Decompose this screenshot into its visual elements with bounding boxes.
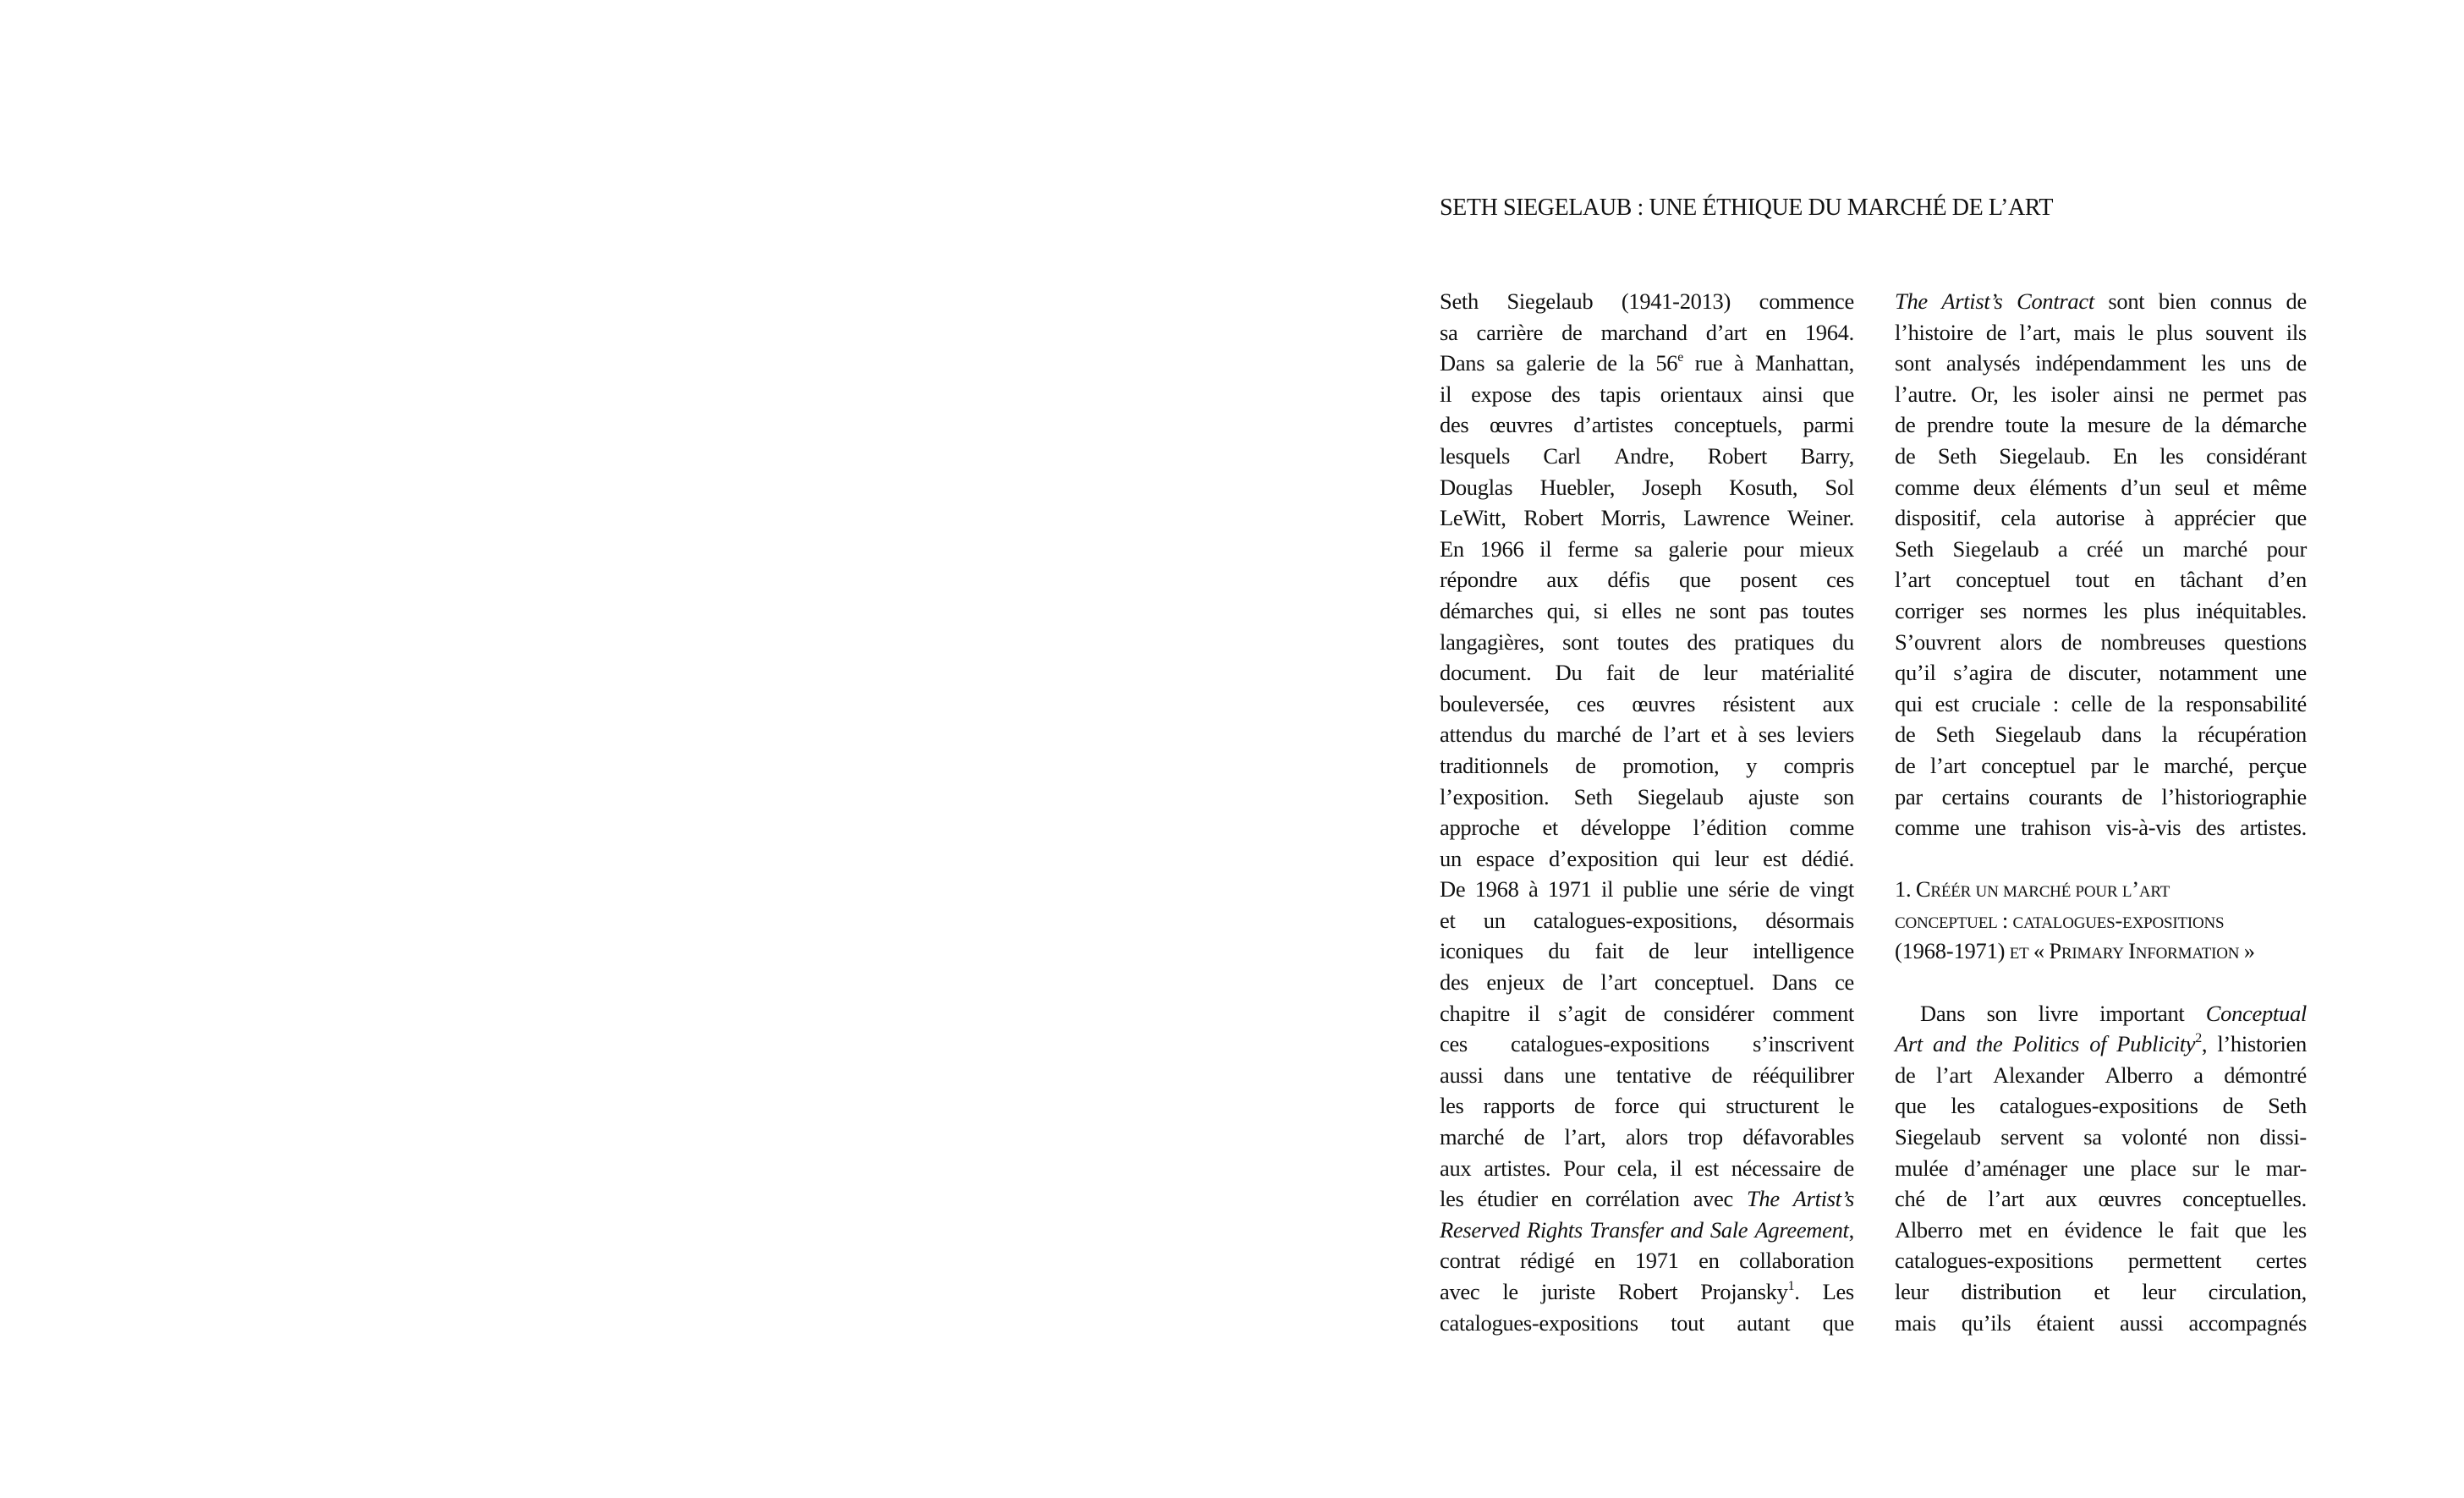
text-line: desœuvresd’artistesconceptuels,parmi <box>1440 409 1854 441</box>
word: toute <box>2006 412 2050 437</box>
word: les <box>2282 1215 2307 1246</box>
word: nombreuses <box>2101 627 2206 658</box>
word: l’art, <box>1564 1122 1605 1153</box>
word: l’édition <box>1693 815 1767 840</box>
word: qu’il <box>1895 657 1936 689</box>
word: espace <box>1476 846 1534 871</box>
word: structurent <box>1726 1090 1819 1122</box>
text-line: quiestcruciale:celledelaresponsabilité <box>1895 689 2307 720</box>
word: de <box>1834 1155 1854 1181</box>
word: uns <box>2241 350 2271 376</box>
word: et <box>1440 908 1456 933</box>
word: distribution <box>1961 1279 2061 1304</box>
word: aux <box>1823 691 1854 716</box>
word: à <box>1737 722 1747 747</box>
word: marché <box>1440 1124 1504 1150</box>
word: catalogues-expositions, <box>1534 905 1737 936</box>
word: dispositif, <box>1895 505 1981 530</box>
word: Seth <box>2268 1090 2307 1122</box>
word: sa <box>2083 1124 2101 1150</box>
word: avec <box>1440 1279 1479 1304</box>
word: sont <box>1709 598 1746 623</box>
word: accompagnés <box>2189 1310 2307 1336</box>
word: considérer <box>1664 1001 1754 1026</box>
text-line: l’exposition.SethSiegelaubajusteson <box>1440 782 1854 813</box>
word: défis <box>1607 567 1649 592</box>
word: de <box>1895 722 1915 747</box>
word: l’édition <box>1693 812 1767 843</box>
text-line: catalogues-expositionspermettentcertes <box>1895 1245 2307 1276</box>
word: du <box>1523 722 1545 747</box>
word: de <box>1895 753 1915 778</box>
word: Transfer <box>1589 1215 1663 1246</box>
word: conceptuel <box>1956 567 2050 592</box>
word: par <box>2091 753 2119 778</box>
word: la <box>2158 691 2174 716</box>
word: carrière <box>1477 320 1544 345</box>
word: Sol <box>1825 475 1854 500</box>
word: s’inscrivent <box>1753 1031 1854 1056</box>
word: avec <box>1440 1276 1479 1308</box>
word: , <box>2202 1031 2207 1056</box>
word: aux <box>1546 567 1578 592</box>
word: mieux <box>1799 534 1854 565</box>
word: créé <box>2087 534 2123 565</box>
text-line: parcertainscourantsdel’historiographie <box>1895 782 2307 813</box>
word: conceptuels, <box>1674 412 1782 437</box>
word: plus <box>2156 320 2192 345</box>
word: tout <box>2076 567 2110 592</box>
word: En <box>1440 534 1464 565</box>
word: trop <box>1687 1122 1723 1153</box>
word: artistes. <box>1484 1153 1550 1184</box>
word: ces <box>1577 691 1605 716</box>
word: qui <box>1672 846 1700 871</box>
word: Seth <box>1895 534 1934 565</box>
word: que <box>1823 1310 1854 1336</box>
text-line: document.Dufaitdeleurmatérialité <box>1440 657 1854 689</box>
word: pratiques <box>1734 627 1814 658</box>
word: . <box>1794 1279 1799 1304</box>
word: d’exposition <box>1549 846 1658 871</box>
word: son <box>1824 784 1854 809</box>
word: aux <box>1823 689 1854 720</box>
word: ces <box>1440 1029 1468 1060</box>
word: en <box>2134 564 2154 595</box>
word: corrélation <box>1585 1183 1679 1215</box>
word: intelligence <box>1753 936 1854 967</box>
word: discuter, <box>2068 660 2142 685</box>
word: que <box>1895 1090 1926 1122</box>
word: les <box>1440 1093 1464 1118</box>
word: les <box>2282 1217 2307 1243</box>
word: pour <box>2267 536 2307 562</box>
word: et <box>2094 1276 2110 1308</box>
word: non <box>2207 1124 2240 1150</box>
word: sur <box>2192 1155 2219 1181</box>
word: comme <box>1895 815 1960 840</box>
word: le <box>2158 1217 2174 1243</box>
word: de <box>1596 350 1616 376</box>
word: fait <box>1606 657 1635 689</box>
word: l’art, <box>2019 317 2061 348</box>
word: démarche <box>2221 409 2307 441</box>
word: œuvres <box>1632 689 1695 720</box>
word: promotion, <box>1622 750 1719 782</box>
word: permettent <box>2128 1248 2221 1273</box>
word: corriger <box>1895 598 1963 623</box>
word: ajuste <box>1748 782 1799 813</box>
word: Les <box>1823 1276 1854 1308</box>
word: of <box>2089 1031 2106 1056</box>
text-line: lesquelsCarlAndre,RobertBarry, <box>1440 441 1854 472</box>
word: tâchant <box>2180 564 2242 595</box>
word: posent <box>1740 564 1797 595</box>
word: l’art <box>1936 1062 1973 1088</box>
word: les <box>2201 350 2225 376</box>
word: des <box>1551 379 1580 410</box>
word: de <box>1575 753 1595 778</box>
word: des <box>1440 412 1468 437</box>
word: : <box>2053 689 2059 720</box>
word: la <box>2061 412 2077 437</box>
word: considérant <box>2206 441 2307 472</box>
word: Siegelaub <box>1638 782 1724 813</box>
word: l’art, <box>1564 1124 1605 1150</box>
word: la <box>2162 719 2178 750</box>
word: catalogues-expositions <box>2000 1093 2198 1118</box>
word: l’art <box>1895 564 1931 595</box>
word: deux <box>1973 472 2016 503</box>
word: 56e <box>1655 348 1683 379</box>
word: de <box>1895 719 1915 750</box>
text-line: LeWitt,RobertMorris,LawrenceWeiner. <box>1440 502 1854 534</box>
word: Conceptual <box>2206 1001 2307 1026</box>
word: isoler <box>2050 381 2099 407</box>
word: aussi <box>1440 1062 1484 1088</box>
word: alors <box>1626 1122 1668 1153</box>
word: responsabilité <box>2186 691 2307 716</box>
word: questions <box>2225 629 2307 655</box>
word: vis-à-vis <box>2106 815 2181 840</box>
word: démontré <box>2224 1062 2307 1088</box>
book-page: SETH SIEGELAUB : UNE ÉTHIQUE DU MARCHÉ D… <box>0 0 2464 1498</box>
word: de <box>2286 348 2307 379</box>
word: catalogues-expositions <box>1440 1310 1638 1336</box>
word: le <box>1838 1093 1854 1118</box>
word: de <box>1524 1122 1545 1153</box>
word: posent <box>1740 567 1797 592</box>
word: Rights <box>1527 1217 1583 1243</box>
word: résistent <box>1723 689 1796 720</box>
word: enjeux <box>1486 967 1545 998</box>
word: rue <box>1695 350 1723 376</box>
word: de <box>2162 409 2182 441</box>
word: cela <box>2000 505 2035 530</box>
word: toutes <box>1616 627 1669 658</box>
word: leur <box>1694 936 1728 967</box>
word: Siegelaub <box>1952 536 2039 562</box>
word: d’exposition <box>1549 843 1658 875</box>
text-line: l’autre.Or,lesisolerainsinepermetpas <box>1895 379 2307 410</box>
word: son <box>1987 998 2017 1029</box>
word: de <box>1779 876 1799 902</box>
word: matérialité <box>1761 657 1854 689</box>
word: œuvres <box>1490 409 1553 441</box>
word: marché <box>1556 722 1621 747</box>
word: y <box>1746 750 1757 782</box>
word: 1968 <box>1475 876 1519 902</box>
word: volonté <box>2121 1124 2187 1150</box>
word: en <box>1765 317 1786 348</box>
word: l’autre. <box>1895 379 1956 410</box>
word: Lawrence <box>1683 505 1770 530</box>
word: celle <box>2072 689 2113 720</box>
word: commence <box>1759 286 1854 317</box>
word: du <box>1523 719 1545 750</box>
word: le <box>1502 1276 1518 1308</box>
word: que <box>2275 502 2307 534</box>
word: Manhattan, <box>1755 350 1854 376</box>
word: toute <box>2006 409 2050 441</box>
word: ché <box>1895 1183 1925 1215</box>
word: la <box>2158 689 2174 720</box>
text-line: contratrédigéen1971encollaboration <box>1440 1245 1854 1276</box>
word: de <box>1895 412 1915 437</box>
word: du <box>1548 936 1570 967</box>
word: d’aménager <box>1964 1155 2067 1181</box>
word: de <box>1649 936 1669 967</box>
word: qui, <box>1547 598 1580 623</box>
word: sur <box>2192 1153 2219 1184</box>
word: En <box>2113 443 2137 469</box>
word: Siegelaub <box>1995 722 2081 747</box>
word: lesquels <box>1440 441 1510 472</box>
word: vingt <box>1809 874 1854 905</box>
word: l’historiographie <box>2161 782 2307 813</box>
text-line: ilexposedestapisorientauxainsique <box>1440 379 1854 410</box>
word: conceptuels, <box>1674 409 1782 441</box>
word: document. <box>1440 657 1531 689</box>
word: il <box>1601 876 1613 902</box>
word: sa <box>1496 350 1514 376</box>
word: sont <box>2108 286 2144 317</box>
word: mais <box>1895 1308 1936 1339</box>
text-line: langagières,sonttoutesdespratiquesdu <box>1440 627 1854 658</box>
word: les <box>1440 1090 1464 1122</box>
word: marché <box>2183 536 2247 562</box>
word: bien <box>2159 288 2196 314</box>
word: notamment <box>2159 660 2258 685</box>
word: mulée <box>1895 1155 1948 1181</box>
word: que <box>2275 505 2307 530</box>
word: œuvres <box>2099 1186 2162 1211</box>
word: langagières, <box>1440 627 1545 658</box>
word: Seth <box>1938 441 1977 472</box>
word: cela, <box>1617 1155 1658 1181</box>
word: il <box>1601 874 1613 905</box>
word: Douglas <box>1440 472 1512 503</box>
word: Artist’s <box>1793 1183 1854 1215</box>
word: autorise <box>2055 505 2125 530</box>
word: trop <box>1687 1124 1723 1150</box>
word: en <box>1698 1248 1719 1273</box>
word: trahison <box>2021 815 2091 840</box>
word: souvent <box>2205 317 2273 348</box>
word: Seth <box>1938 443 1977 469</box>
section-heading: 1. Créér un marché pour l’art conceptuel… <box>1895 874 2307 967</box>
text-line: Alberrometenévidencelefaitqueles <box>1895 1215 2307 1246</box>
word: rapports <box>1484 1090 1555 1122</box>
word: Manhattan, <box>1755 348 1854 379</box>
word: conceptuel. <box>1655 967 1754 998</box>
word: the <box>1976 1029 2002 1060</box>
word: la <box>1628 350 1644 376</box>
word: d’art <box>1706 317 1748 348</box>
word: de <box>2125 689 2145 720</box>
word: parmi <box>1803 409 1854 441</box>
word: éléments <box>2029 475 2107 500</box>
word: aussi <box>2120 1310 2164 1336</box>
word: important <box>2099 1001 2184 1026</box>
word: de <box>1986 320 2006 345</box>
word: Siegelaub. <box>1999 443 2090 469</box>
word: d’en <box>2268 567 2307 592</box>
word: des <box>2196 815 2225 840</box>
word: cruciale <box>1972 689 2040 720</box>
word: conceptuel <box>1956 564 2050 595</box>
text-line: deSethSiegelaubdanslarécupération <box>1895 719 2307 750</box>
word: en <box>1594 1245 1615 1276</box>
word: toutes <box>1802 598 1854 623</box>
word: Douglas <box>1440 475 1512 500</box>
text-line: maisqu’ilsétaientaussiaccompagnés <box>1895 1308 2307 1339</box>
word: nécessaire <box>1731 1153 1821 1184</box>
text-line: chédel’artauxœuvresconceptuelles. <box>1895 1183 2307 1215</box>
word: place <box>2130 1155 2176 1181</box>
word: de <box>2125 691 2145 716</box>
word: bouleversée, <box>1440 689 1550 720</box>
word: de <box>1596 348 1616 379</box>
word: LeWitt, <box>1440 502 1506 534</box>
word: pas <box>2278 381 2307 407</box>
word: 1971 <box>1635 1245 1679 1276</box>
word: Alberro <box>2105 1060 2172 1091</box>
word: s’agit <box>1558 1001 1606 1026</box>
word: le <box>1838 1090 1854 1122</box>
word: comme <box>1789 812 1854 843</box>
word: pratiques <box>1734 629 1814 655</box>
word: Weiner. <box>1787 505 1854 530</box>
word: étaient <box>2036 1310 2094 1336</box>
text-line: catalogues-expositionstoutautantque <box>1440 1308 1854 1339</box>
word: ce <box>1835 969 1854 995</box>
word: tapis <box>1600 379 1641 410</box>
word: En <box>1440 536 1464 562</box>
word: circulation, <box>2209 1279 2307 1304</box>
word: Conceptual <box>2206 998 2307 1029</box>
word: aux <box>1546 564 1578 595</box>
word: évidence <box>2065 1217 2143 1243</box>
word: mesure <box>2088 412 2151 437</box>
word: sa <box>1440 320 1457 345</box>
text-line: l’artconceptueltoutentâchantd’en <box>1895 564 2307 595</box>
word: (1941-2013) <box>1622 286 1731 317</box>
word: ché <box>1895 1186 1925 1211</box>
word: Carl <box>1543 443 1580 469</box>
word: 1966 <box>1480 536 1524 562</box>
word: publie <box>1623 874 1677 905</box>
word: étaient <box>2036 1308 2094 1339</box>
text-line: SethSiegelaub(1941-2013)commence <box>1440 286 1854 317</box>
word: une <box>1564 1062 1595 1088</box>
word: Robert <box>1708 443 1767 469</box>
text-line: De1968à1971ilpublieunesériedevingt <box>1440 874 1854 905</box>
word: Dans <box>1772 967 1817 998</box>
word: s’agira <box>1953 657 2012 689</box>
word: d’un <box>2121 472 2160 503</box>
word: dans <box>2101 719 2141 750</box>
word: indépendamment <box>2035 350 2186 376</box>
text-line: sacarrièredemarchandd’arten1964. <box>1440 317 1854 348</box>
word: de <box>1574 1093 1594 1118</box>
word: Or, <box>1971 381 1999 407</box>
word: d’aménager <box>1964 1153 2067 1184</box>
word: autant <box>1737 1310 1790 1336</box>
word: Seth <box>1935 719 1974 750</box>
word: a <box>2193 1060 2203 1091</box>
word: leur <box>1694 938 1728 963</box>
word: Dans <box>1440 348 1484 379</box>
word: autant <box>1737 1308 1790 1339</box>
word: volonté <box>2121 1122 2187 1153</box>
text-line: aussidansunetentativederééquilibrer <box>1440 1060 1854 1091</box>
word: leur <box>1895 1276 1929 1308</box>
word: Transfer <box>1589 1217 1663 1243</box>
word: juriste <box>1541 1279 1595 1304</box>
word: Alberro <box>2105 1062 2172 1088</box>
section-heading-line: conceptuel : catalogues-expositions <box>1895 905 2307 936</box>
word: mar- <box>2266 1153 2307 1184</box>
word: son <box>1987 1001 2017 1026</box>
word: la <box>2061 409 2077 441</box>
word: comme <box>1789 815 1854 840</box>
word: sont <box>1895 350 1931 376</box>
word: résistent <box>1723 691 1796 716</box>
word: des <box>1440 967 1468 998</box>
footnote-marker: 2 <box>2195 1031 2202 1045</box>
word: de <box>1895 409 1915 441</box>
word: sa <box>1496 348 1514 379</box>
word: notamment <box>2159 657 2258 689</box>
word: à <box>2144 502 2154 534</box>
word: que <box>1823 381 1854 407</box>
word: bien <box>2159 286 2196 317</box>
word: dissi- <box>2259 1122 2307 1153</box>
word: le <box>2235 1155 2251 1181</box>
text-line: ReservedRightsTransferandSaleAgreement, <box>1440 1215 1854 1246</box>
word: galerie <box>1526 348 1585 379</box>
word: langagières, <box>1440 629 1545 655</box>
word: aussi <box>2120 1308 2164 1339</box>
word: commence <box>1759 288 1854 314</box>
word: leur <box>1704 660 1737 685</box>
word: courants <box>2028 784 2102 809</box>
word: à <box>1734 348 1743 379</box>
word: Siegelaub <box>1895 1124 1981 1150</box>
text-line: démarchesqui,siellesnesontpastoutes <box>1440 595 1854 627</box>
word: de <box>2121 782 2142 813</box>
